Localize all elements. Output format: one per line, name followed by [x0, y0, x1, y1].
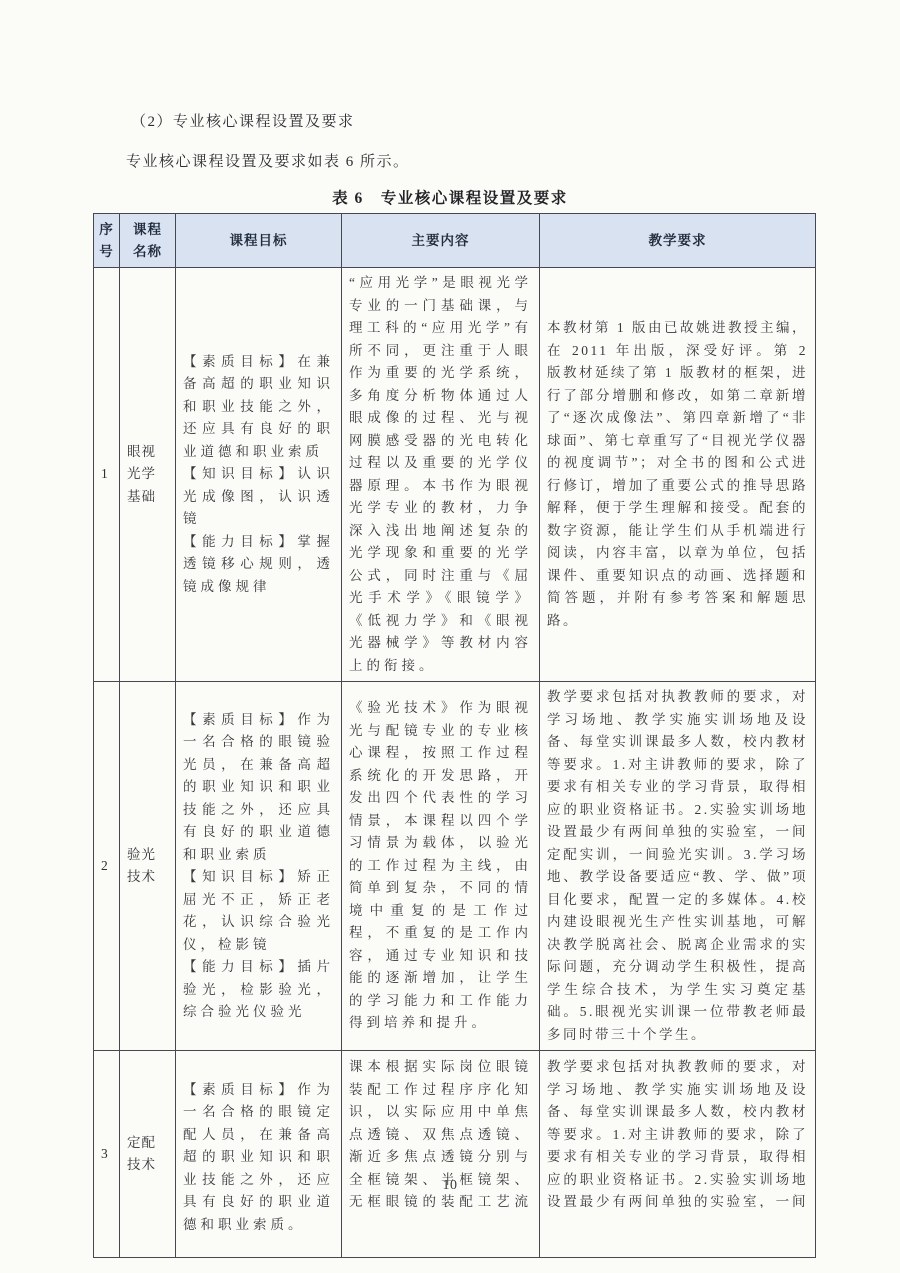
section-heading: （2）专业核心课程设置及要求 [131, 110, 355, 131]
cell-teaching-requirements: 本教材第 1 版由已故姚进教授主编，在 2011 年出版，深受好评。第 2 版教… [540, 268, 816, 682]
col-header-objectives: 课程目标 [176, 214, 342, 268]
clipped-text: 【素质目标】作为一名合格的眼镜定配人员，在兼备高超的职业知识和职业技能之外，还应… [183, 1079, 334, 1231]
cell-main-content: “应用光学”是眼视光学专业的一门基础课，与理工科的“应用光学”有所不同，更注重于… [342, 268, 540, 682]
cell-row-number: 1 [94, 268, 120, 682]
table-caption: 表 6 专业核心课程设置及要求 [0, 186, 900, 208]
cell-course-objectives: 【素质目标】在兼备高超的职业知识和职业技能之外，还应具有良好的职业道德和职业索质… [176, 268, 342, 682]
col-header-course-name: 课程 名称 [120, 214, 176, 268]
table-row: 2 验光 技术 【素质目标】作为一名合格的眼镜验光员，在兼备高超的职业知识和职业… [94, 682, 816, 1051]
cell-course-name: 定配 技术 [120, 1051, 176, 1258]
table-header-row: 序 号 课程 名称 课程目标 主要内容 教学要求 [94, 214, 816, 268]
col-header-main-content: 主要内容 [342, 214, 540, 268]
cell-main-content: 《验光技术》作为眼视光与配镜专业的专业核心课程，按照工作过程系统化的开发思路，开… [342, 682, 540, 1051]
cell-course-name: 验光 技术 [120, 682, 176, 1051]
col-header-teaching-requirements: 教学要求 [540, 214, 816, 268]
page-number: 10 [0, 1178, 900, 1194]
intro-paragraph: 专业核心课程设置及要求如表 6 所示。 [126, 150, 410, 171]
cell-teaching-requirements: 教学要求包括对执教教师的要求，对学习场地、教学实施实训场地及设备、每堂实训课最多… [540, 682, 816, 1051]
cell-row-number: 2 [94, 682, 120, 1051]
cell-course-name: 眼视 光学 基础 [120, 268, 176, 682]
cell-course-objectives: 【素质目标】作为一名合格的眼镜验光员，在兼备高超的职业知识和职业技能之外，还应具… [176, 682, 342, 1051]
cell-course-objectives: 【素质目标】作为一名合格的眼镜定配人员，在兼备高超的职业知识和职业技能之外，还应… [176, 1051, 342, 1258]
cell-teaching-requirements: 教学要求包括对执教教师的要求，对学习场地、教学实施实训场地及设备、每堂实训课最多… [540, 1051, 816, 1258]
col-header-no: 序 号 [94, 214, 120, 268]
table-row: 3 定配 技术 【素质目标】作为一名合格的眼镜定配人员，在兼备高超的职业知识和职… [94, 1051, 816, 1258]
table-row: 1 眼视 光学 基础 【素质目标】在兼备高超的职业知识和职业技能之外，还应具有良… [94, 268, 816, 682]
cell-row-number: 3 [94, 1051, 120, 1258]
cell-main-content: 课本根据实际岗位眼镜装配工作过程序序化知识，以实际应用中单焦点透镜、双焦点透镜、… [342, 1051, 540, 1258]
course-table: 序 号 课程 名称 课程目标 主要内容 教学要求 1 眼视 光学 基础 【素质目… [93, 213, 816, 1258]
